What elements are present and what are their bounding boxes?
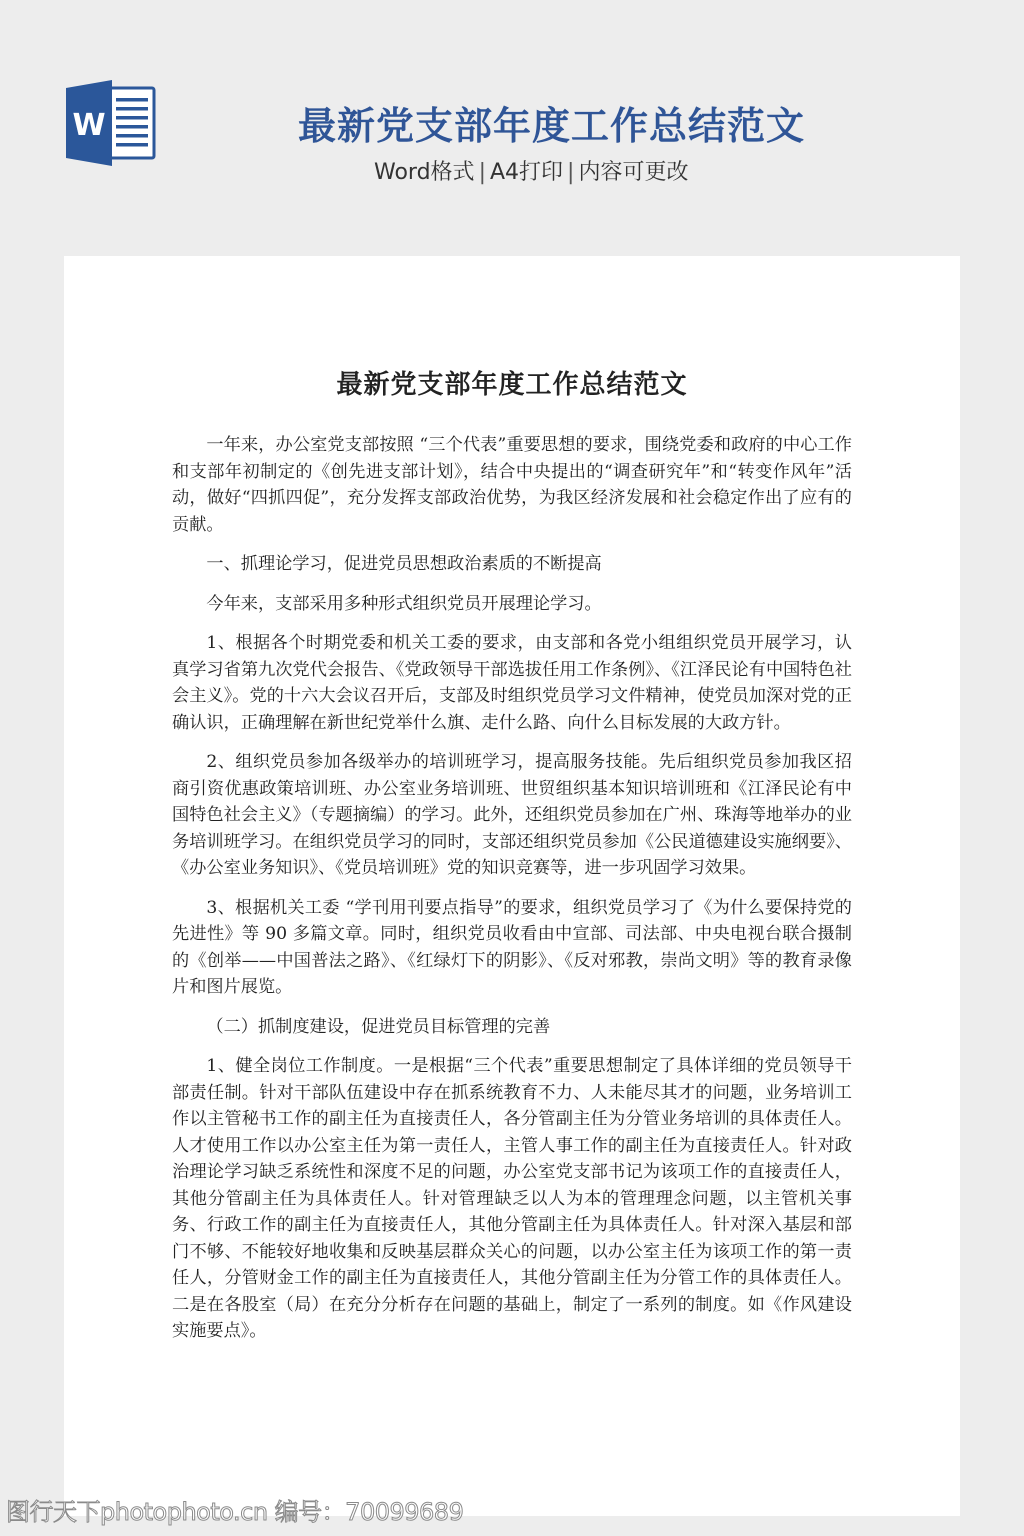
subtitle-format: Word格式 <box>374 160 475 185</box>
subtitle-separator: | <box>479 160 486 185</box>
document-title: 最新党支部年度工作总结范文 <box>64 364 960 401</box>
word-document-icon: W <box>64 80 156 166</box>
subtitle-editable: 内容可更改 <box>578 160 688 185</box>
banner-subtitle: Word格式|A4打印|内容可更改 <box>374 155 688 186</box>
watermark: 图行天下photophoto.cn 编号：70099689 <box>6 1492 463 1527</box>
subtitle-separator: | <box>567 160 574 185</box>
document-page: 最新党支部年度工作总结范文 一年来，办公室党支部按照 “三个代表”重要思想的要求… <box>64 256 960 1516</box>
svg-text:W: W <box>72 108 105 143</box>
paragraph: 今年来，支部采用多种形式组织党员开展理论学习。 <box>172 591 852 618</box>
heading-section-1: 一、抓理论学习，促进党员思想政治素质的不断提高 <box>172 551 852 578</box>
subtitle-print: A4打印 <box>490 160 563 185</box>
paragraph: 3、根据机关工委 “学刊用刊要点指导”的要求，组织党员学习了《为什么要保持党的先… <box>172 895 852 1001</box>
paragraph: 2、组织党员参加各级举办的培训班学习，提高服务技能。先后组织党员参加我区招商引资… <box>172 749 852 882</box>
paragraph: 1、根据各个时期党委和机关工委的要求，由支部和各党小组组织党员开展学习，认真学习… <box>172 630 852 736</box>
document-body: 一年来，办公室党支部按照 “三个代表”重要思想的要求，围绕党委和政府的中心工作和… <box>172 432 852 1358</box>
banner-title: 最新党支部年度工作总结范文 <box>298 95 805 150</box>
banner: W 最新党支部年度工作总结范文 Word格式|A4打印|内容可更改 <box>0 0 1024 256</box>
paragraph: 1、健全岗位工作制度。一是根据“三个代表”重要思想制定了具体详细的党员领导干部责… <box>172 1053 852 1345</box>
paragraph-intro: 一年来，办公室党支部按照 “三个代表”重要思想的要求，围绕党委和政府的中心工作和… <box>172 432 852 538</box>
heading-section-2: （二）抓制度建设，促进党员目标管理的完善 <box>172 1014 852 1041</box>
